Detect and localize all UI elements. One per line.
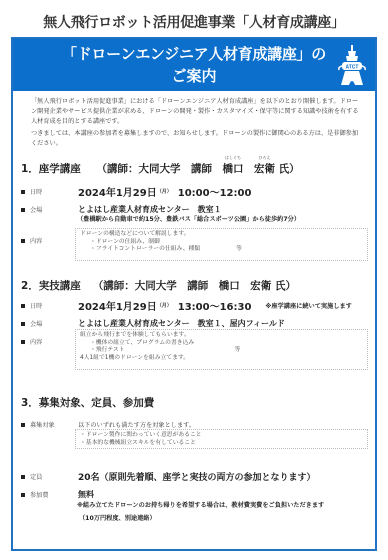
header-title-line1: 「ドローンエンジニア人材育成講座」の bbox=[13, 43, 375, 64]
section1-lecturer-suffix: 氏） bbox=[275, 163, 300, 175]
flyer-frame: 「ドローンエンジニア人材育成講座」の ご案内 ATCT 「無人飛行ロボット活用促… bbox=[11, 37, 377, 551]
intro-text: 「無人飛行ロボット活用促進事業」における「ドローンエンジニア人材育成講座」を以下… bbox=[31, 97, 361, 151]
fee-note: ※組み立てたドローンのお持ち帰りを希望する場合は、教材費実費をご負担いただきます bbox=[77, 500, 324, 509]
section1-content-row: 内容 bbox=[21, 230, 78, 249]
section1-lecturer-prefix: （講師：大同大学 講師 bbox=[96, 163, 222, 175]
given-ruby: ひろえ bbox=[254, 155, 275, 161]
content-line: 組立から飛行までを体験してもらいます。 bbox=[80, 332, 363, 340]
venue-value: とよはし産業人材育成センター 教室１、屋内フィールド bbox=[78, 319, 285, 328]
etc-mark: 等 bbox=[235, 347, 241, 355]
square-bullet-icon bbox=[21, 493, 25, 497]
capacity-value: 20名（原則先着順、座学と実技の両方の参加となります） bbox=[78, 473, 316, 483]
content-line: ・飛行テスト bbox=[90, 347, 125, 353]
surname-text: 橋口 bbox=[222, 163, 243, 175]
section1-content-box: ドローンの構造などについて解説します。 ・ドローンの仕組み、制御 ・フライトコン… bbox=[75, 228, 368, 261]
date-label: 日時 bbox=[30, 301, 78, 310]
square-bullet-icon bbox=[21, 322, 25, 326]
page-title: 無人飛行ロボット活用促進事業「人材育成講座」 bbox=[0, 12, 388, 32]
date-value: 2024年1月29日 bbox=[78, 302, 157, 313]
flyer-header: 「ドローンエンジニア人材育成講座」の ご案内 ATCT bbox=[13, 39, 375, 91]
venue-label: 会場 bbox=[30, 205, 78, 214]
venue-label: 会場 bbox=[30, 319, 78, 328]
section2-date-row: 日時2024年1月29日（月）13:00～16:30※座学講座に続いて実施します bbox=[21, 295, 352, 314]
intro-paragraph-1: 「無人飛行ロボット活用促進事業」における「ドローンエンジニア人材育成講座」を以下… bbox=[31, 97, 361, 127]
content-line: 4人1組で1機のドローンを組み立てます。 bbox=[80, 355, 363, 363]
venue-value: とよはし産業人材育成センター 教室１ bbox=[78, 205, 222, 214]
intro-paragraph-2: つきましては、本講座の参加者を募集しますので、お知らせします。ドローンの製作に御… bbox=[31, 129, 361, 149]
section2-content-box: 組立から飛行までを体験してもらいます。 ・機体の組立て、プログラムの書き込み ・… bbox=[75, 329, 368, 370]
content-line: ドローンの構造などについて解説します。 bbox=[80, 231, 363, 239]
content-label: 内容 bbox=[30, 337, 78, 346]
square-bullet-icon bbox=[21, 208, 25, 212]
square-bullet-icon bbox=[21, 239, 25, 243]
surname-ruby: はしぐち bbox=[222, 155, 243, 161]
square-bullet-icon bbox=[21, 190, 25, 194]
target-label: 募集対象 bbox=[30, 420, 78, 429]
section2-lecturer: （講師：大同大学 講師 橋口 宏衛 氏） bbox=[93, 280, 296, 292]
svg-text:ATCT: ATCT bbox=[346, 65, 359, 71]
time-value: 10:00～12:00 bbox=[178, 188, 252, 199]
weekday-value: （月） bbox=[157, 303, 172, 309]
date-label: 日時 bbox=[30, 187, 78, 196]
section2-title: 2．実技講座（講師：大同大学 講師 橋口 宏衛 氏） bbox=[21, 278, 296, 293]
lecturer-given-name: ひろえ宏衛 bbox=[254, 161, 275, 176]
square-bullet-icon bbox=[21, 304, 25, 308]
time-value: 13:00～16:30 bbox=[178, 302, 252, 313]
content-label: 内容 bbox=[30, 236, 78, 245]
section3-title: 3．募集対象、定員、参加費 bbox=[21, 395, 154, 410]
target-line: ・ドローン製作に関わっていく意思があること bbox=[80, 432, 363, 440]
section1-title-text: 1．座学講座 bbox=[21, 163, 81, 175]
square-bullet-icon bbox=[21, 423, 25, 427]
fee-value: 無料 bbox=[78, 490, 94, 499]
section1-title: 1．座学講座 （講師：大同大学 講師 はしぐち橋口 ひろえ宏衛 氏） bbox=[21, 161, 300, 176]
lecturer-surname: はしぐち橋口 bbox=[222, 161, 243, 176]
section1-date-row: 日時2024年1月29日（月）10:00～12:00 bbox=[21, 181, 251, 200]
section3-capacity-row: 定員20名（原則先着順、座学と実技の両方の参加となります） bbox=[21, 466, 316, 485]
schedule-note: ※座学講座に続いて実施します bbox=[265, 303, 351, 310]
access-note: （豊橋駅から自動車で約15分、豊鉄バス「総合スポーツ公園」から徒歩約7分） bbox=[77, 214, 300, 223]
target-line: ・基本的な機械組立スキルを有していること bbox=[80, 440, 363, 448]
section2-content-row: 内容 bbox=[21, 331, 78, 350]
header-title-line2: ご案内 bbox=[13, 65, 375, 86]
date-value: 2024年1月29日 bbox=[78, 188, 157, 199]
square-bullet-icon bbox=[21, 340, 25, 344]
fee-label: 参加費 bbox=[30, 490, 78, 499]
content-line: ・機体の組立て、プログラムの書き込み bbox=[80, 340, 363, 348]
target-text: 以下のいずれも満たす方を対象とします。 bbox=[78, 422, 195, 429]
tower-robot-logo-icon: ATCT bbox=[337, 43, 367, 87]
weekday-value: （月） bbox=[157, 189, 172, 195]
content-line: ・フライトコントローラーの仕組み、種類 bbox=[90, 246, 200, 252]
fee-note-2: （10万円程度、別途連絡） bbox=[79, 513, 156, 522]
section3-target-box: ・ドローン製作に関わっていく意思があること ・基本的な機械組立スキルを有している… bbox=[75, 429, 368, 449]
capacity-label: 定員 bbox=[30, 472, 78, 481]
square-bullet-icon bbox=[21, 475, 25, 479]
content-line: ・ドローンの仕組み、制御 bbox=[80, 239, 363, 247]
section2-title-text: 2．実技講座 bbox=[21, 280, 81, 292]
etc-mark: 等 bbox=[236, 246, 242, 254]
given-text: 宏衛 bbox=[254, 163, 275, 175]
